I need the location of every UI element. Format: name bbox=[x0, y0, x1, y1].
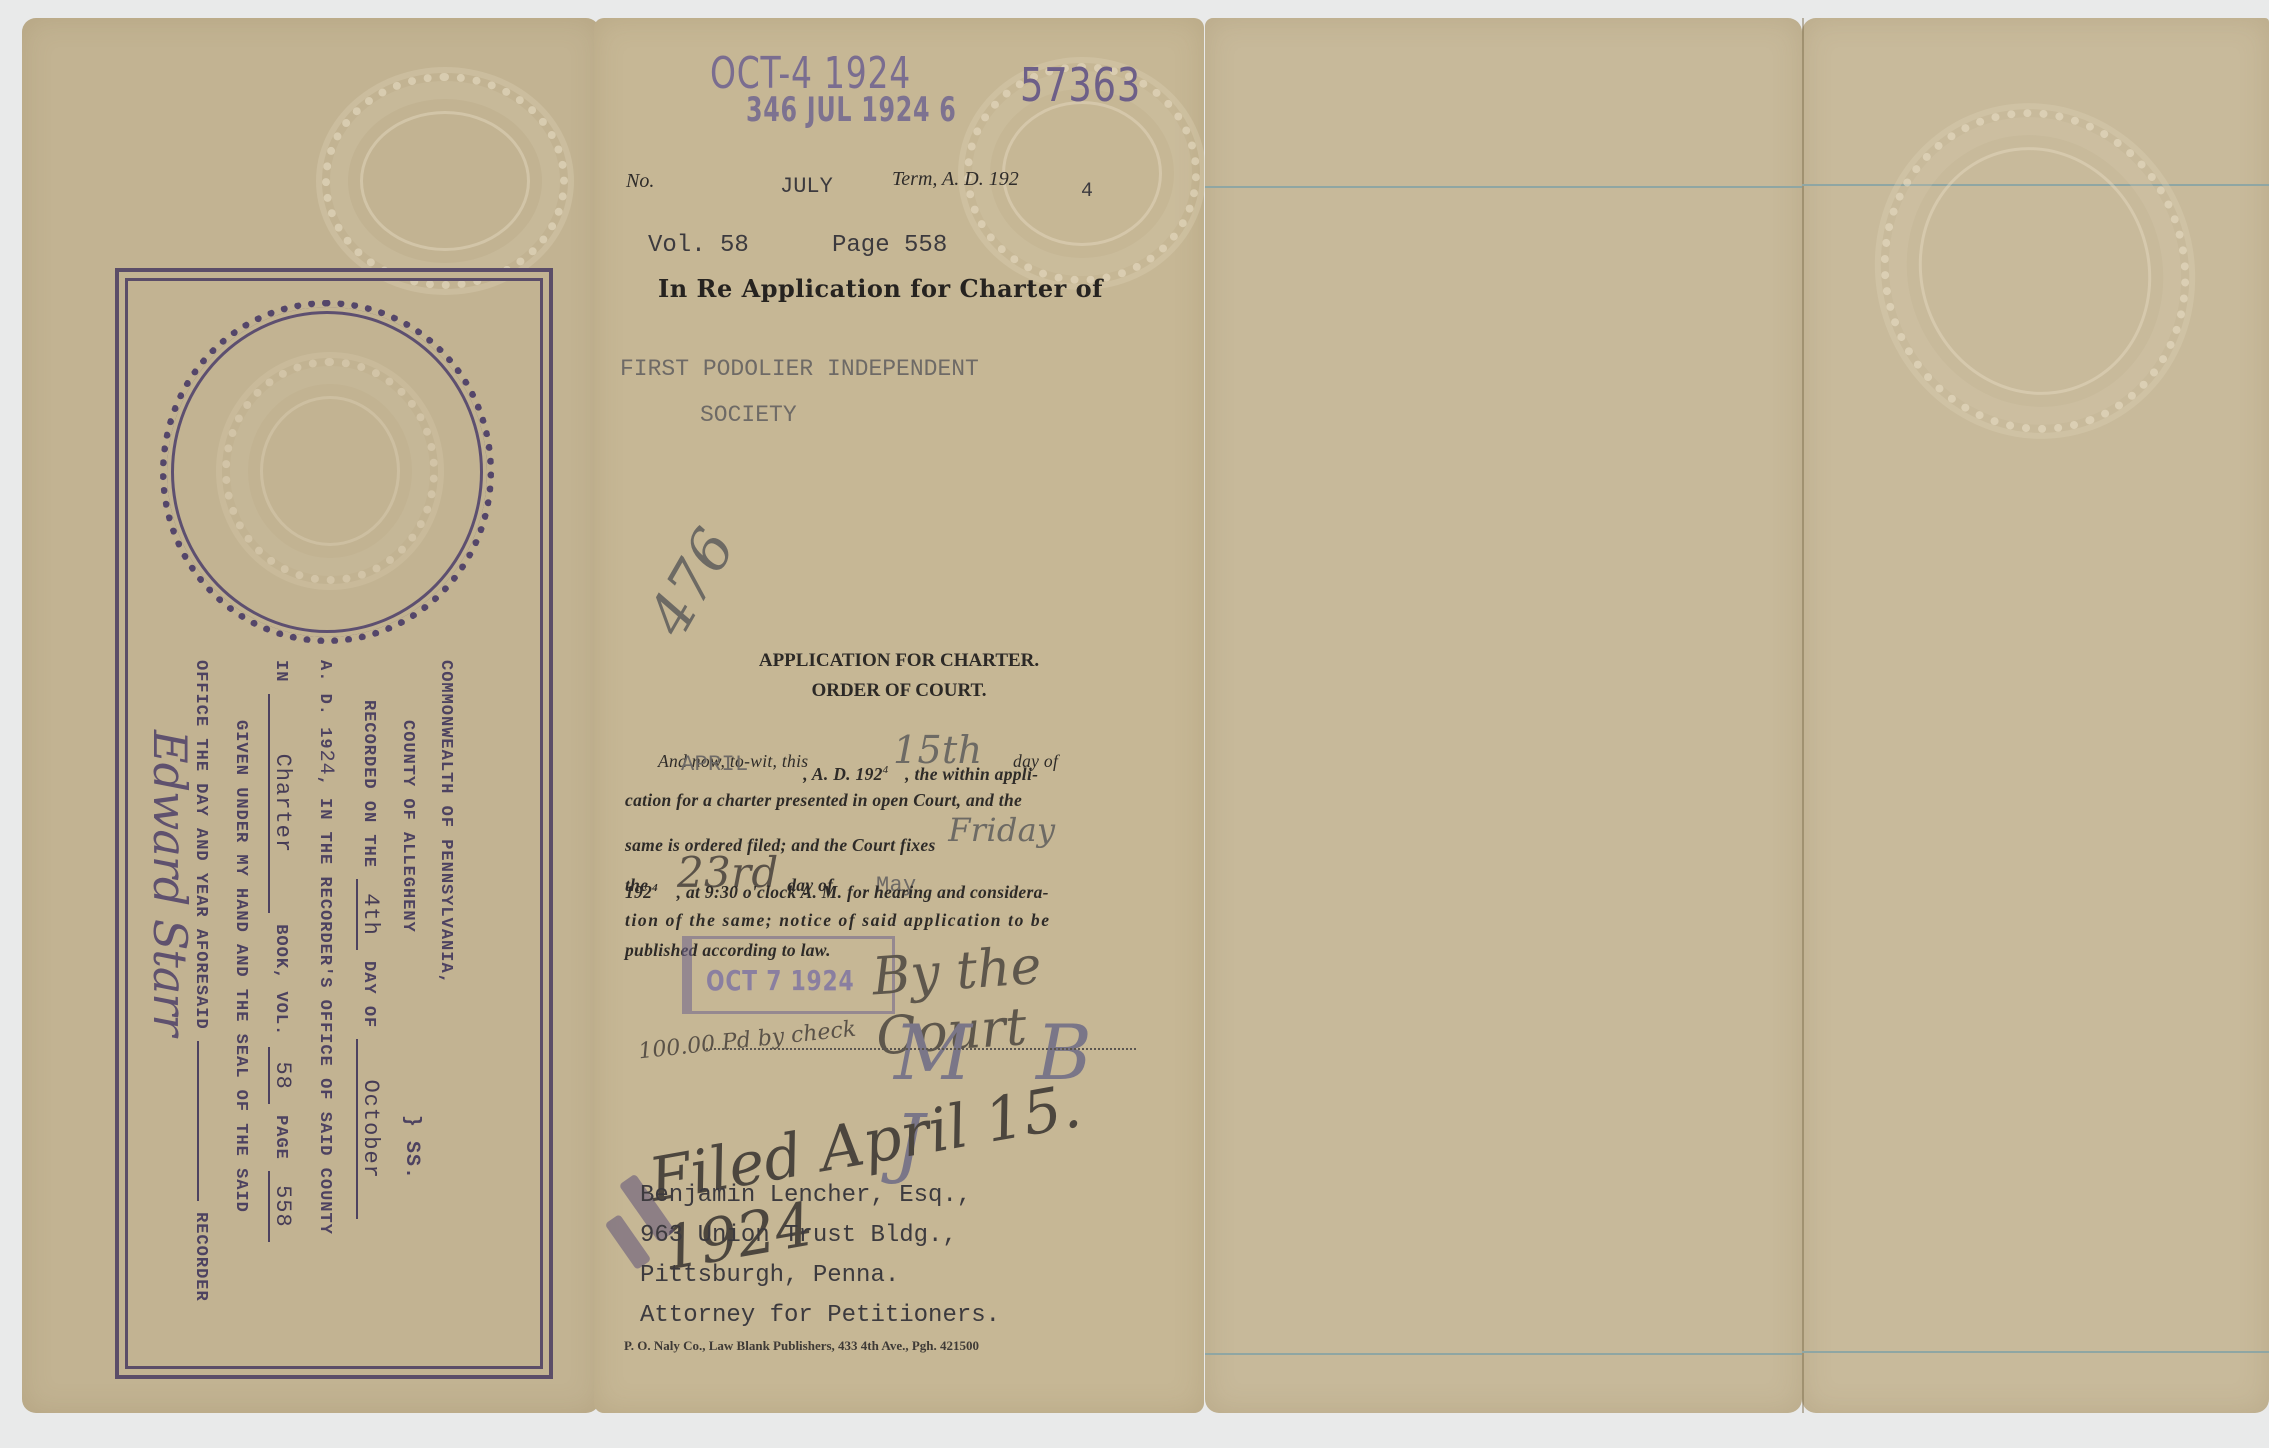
ruled-line-bottom bbox=[1802, 1351, 2269, 1353]
applicant-line-1: FIRST PODOLIER INDEPENDENT bbox=[620, 356, 979, 382]
term-label: Term, A. D. 192 bbox=[892, 168, 1019, 191]
cert-line-given: GIVEN UNDER MY HAND AND THE SEAL OF THE … bbox=[231, 720, 250, 1213]
embossed-seal-top bbox=[322, 73, 568, 289]
cert-recorded-year: 24 bbox=[314, 750, 337, 776]
order-text: , at 9:30 o'clock A. M. for hearing and … bbox=[677, 882, 1049, 902]
order-line-7: tion of the same; notice of said applica… bbox=[625, 910, 1051, 931]
attorney-role: Attorney for Petitioners. bbox=[640, 1302, 1000, 1329]
cert-book-type: Charter bbox=[268, 694, 295, 913]
ruled-line-top bbox=[1205, 186, 1802, 188]
cert-book-vol: 58 bbox=[268, 1047, 295, 1103]
cert-line-commonwealth: COMMONWEALTH OF PENNSYLVANIA, bbox=[436, 660, 455, 985]
cert-recorder-label: RECORDER bbox=[191, 1212, 210, 1302]
embossed-seal-inside bbox=[222, 358, 438, 584]
typed-month: APRIL bbox=[681, 752, 749, 777]
cert-recorded-day: 4th bbox=[356, 879, 383, 950]
year-digit: 4 bbox=[883, 764, 889, 776]
handwritten-weekday: Friday bbox=[948, 811, 1055, 849]
center-panel: OCT-4 1924 346 JUL 1924 6 57363 No. JULY… bbox=[594, 18, 1204, 1413]
docket-number-stamp: 57363 bbox=[1020, 58, 1141, 112]
order-line-3: cation for a charter presented in open C… bbox=[625, 790, 1022, 811]
cert-ss: } SS. bbox=[400, 1115, 423, 1180]
attorney-address-1: 963 Union Trust Bldg., bbox=[640, 1222, 957, 1249]
cert-recorded-month: October bbox=[356, 1039, 383, 1218]
cert-line-recorded: RECORDED ON THE 4th DAY OF October bbox=[358, 700, 383, 1219]
cert-office-text: , IN THE RECORDER'S OFFICE OF SAID COUNT… bbox=[315, 776, 334, 1235]
cert-book-page: 558 bbox=[268, 1171, 295, 1242]
recorder-signature: Edward Starr bbox=[143, 730, 197, 1035]
fold-crease bbox=[1802, 18, 1804, 1413]
attorney-name: Benjamin Lencher, Esq., bbox=[640, 1182, 971, 1209]
publisher-footer: P. O. Naly Co., Law Blank Publishers, 43… bbox=[624, 1338, 979, 1354]
order-line-6: 1924 , at 9:30 o'clock A. M. for hearing… bbox=[625, 882, 1049, 903]
cert-book-vol-label: BOOK, VOL. bbox=[271, 924, 290, 1036]
order-text: , the within appli- bbox=[905, 764, 1038, 784]
fee-note: 100.00 Pd by check bbox=[637, 1017, 857, 1065]
applicant-line-2: SOCIETY bbox=[700, 402, 797, 428]
cert-line-county: COUNTY OF ALLEGHENY bbox=[398, 720, 417, 933]
order-text: 192 bbox=[625, 882, 652, 902]
order-text: , A. D. 192 bbox=[803, 764, 882, 784]
cert-year-prefix: A. D. 19 bbox=[315, 660, 334, 750]
embossed-court-seal bbox=[1835, 66, 2234, 477]
term-value: JULY bbox=[780, 174, 833, 199]
term-stamp: 346 JUL 1924 6 bbox=[746, 90, 956, 130]
right-panel-outer bbox=[1802, 18, 2269, 1413]
cert-line-year: A. D. 1924, IN THE RECORDER'S OFFICE OF … bbox=[314, 660, 337, 1235]
vol-line: Vol. 58 bbox=[648, 232, 749, 259]
cert-line-book: IN Charter BOOK, VOL. 58 PAGE 558 bbox=[270, 660, 295, 1242]
left-panel bbox=[22, 18, 600, 1413]
right-panel-inner bbox=[1205, 18, 1802, 1413]
hearing-year-digit: 4 bbox=[652, 882, 658, 894]
caption: In Re Application for Charter of bbox=[658, 274, 1103, 303]
attorney-address-2: Pittsburgh, Penna. bbox=[640, 1262, 899, 1289]
page-line: Page 558 bbox=[832, 232, 947, 259]
filed-date-stamp: OCT 7 1924 bbox=[706, 964, 854, 997]
handwritten-number: 476 bbox=[634, 517, 748, 647]
heading-order: ORDER OF COURT. bbox=[594, 680, 1204, 702]
cert-in-label: IN bbox=[271, 660, 290, 682]
cert-recorded-label: RECORDED ON THE bbox=[359, 700, 378, 868]
no-label: No. bbox=[626, 170, 654, 193]
cert-day-of-label: DAY OF bbox=[359, 961, 378, 1028]
order-line-2: APRIL , A. D. 1924 , the within appli- bbox=[625, 762, 1038, 787]
term-year-digit: 4 bbox=[1081, 180, 1093, 203]
ruled-line-bottom bbox=[1205, 1353, 1802, 1355]
heading-application: APPLICATION FOR CHARTER. bbox=[594, 650, 1204, 672]
cert-page-label: PAGE bbox=[271, 1115, 290, 1160]
